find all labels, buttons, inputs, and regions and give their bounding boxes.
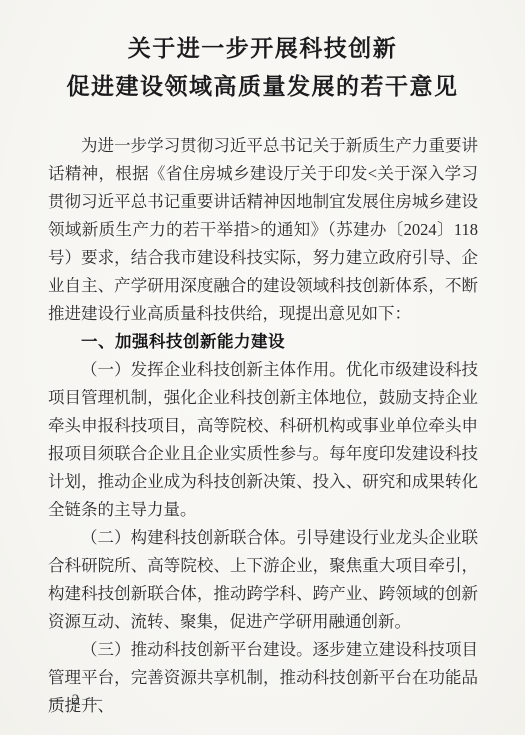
- body-paragraph: （三）推动科技创新平台建设。逐步建立建设科技项目管理平台，完善资源共享机制，推动…: [48, 636, 478, 720]
- document-title: 关于进一步开展科技创新 促进建设领域高质量发展的若干意见: [0, 0, 525, 106]
- body-paragraph: （二）构建科技创新联合体。引导建设行业龙头企业联合科研院所、高等院校、上下游企业…: [48, 524, 478, 636]
- document-body: 为进一步学习贯彻习近平总书记关于新质生产力重要讲话精神，根据《省住房城乡建设厅关…: [48, 132, 478, 720]
- title-line-2: 促进建设领域高质量发展的若干意见: [0, 68, 525, 106]
- body-paragraph: 为进一步学习贯彻习近平总书记关于新质生产力重要讲话精神，根据《省住房城乡建设厅关…: [48, 132, 478, 328]
- title-line-1: 关于进一步开展科技创新: [0, 30, 525, 68]
- page-number: — 2 —: [49, 692, 104, 709]
- section-heading: 一、加强科技创新能力建设: [48, 328, 478, 356]
- body-paragraph: （一）发挥企业科技创新主体作用。优化市级建设科技项目管理机制，强化企业科技创新主…: [48, 356, 478, 524]
- scanned-document-page: 关于进一步开展科技创新 促进建设领域高质量发展的若干意见 为进一步学习贯彻习近平…: [0, 0, 525, 735]
